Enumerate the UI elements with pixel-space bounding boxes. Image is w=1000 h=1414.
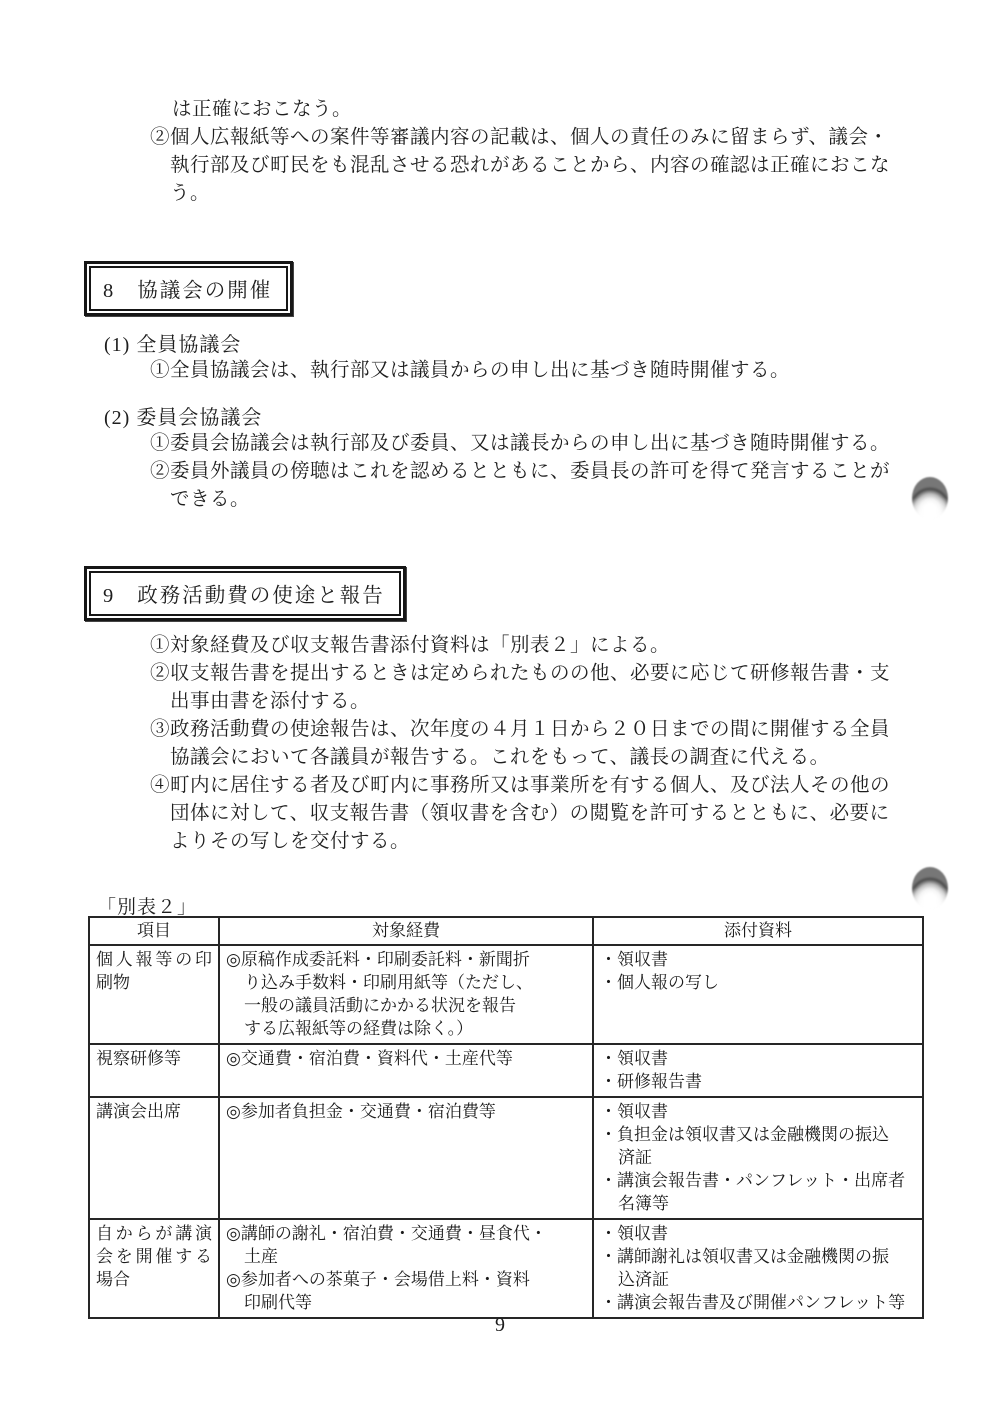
row4-item: 自からが講演会を開催する場合 <box>89 1219 219 1318</box>
row1-item: 個人報等の印刷物 <box>89 945 219 1044</box>
row2-attachments: ・領収書 ・研修報告書 <box>593 1044 923 1097</box>
section-9-item4: ④町内に居住する者及び町内に事務所又は事業所を有する個人、及び法人その他の 団体… <box>150 772 970 856</box>
row4-attachments: ・領収書 ・講師謝礼は領収書又は金融機関の振 込済証 ・講演会報告書及び開催パン… <box>593 1219 923 1318</box>
attachment-entry: ・領収書 <box>600 1222 916 1245</box>
attachment-entry: ・個人報の写し <box>600 971 916 994</box>
section-9-heading-box: 9政務活動費の使途と報告 <box>84 566 406 621</box>
subsection-2-heading: (2) 委員会協議会 <box>104 401 262 430</box>
section-9-item1: ①対象経費及び収支報告書添付資料は「別表２」による。 <box>150 632 970 660</box>
intro-paragraph-item2: ②個人広報紙等への案件等審議内容の記載は、個人の責任のみに留まらず、議会・ 執行… <box>150 124 970 208</box>
document-page: は正確におこなう。 ②個人広報紙等への案件等審議内容の記載は、個人の責任のみに留… <box>0 0 1000 1414</box>
section-9-item3: ③政務活動費の使途報告は、次年度の４月１日から２０日までの間に開催する全員 協議… <box>150 716 970 772</box>
row3-attachments: ・領収書 ・負担金は領収書又は金融機関の振込 済証 ・講演会報告書・パンフレット… <box>593 1097 923 1219</box>
table-row: 個人報等の印刷物 ◎原稿作成委託料・印刷委託料・新聞折 り込み手数料・印刷用紙等… <box>89 945 923 1044</box>
attachment-entry: ・講師謝礼は領収書又は金融機関の振 込済証 <box>600 1245 916 1291</box>
carryover-line: は正確におこなう。 <box>172 96 352 124</box>
expense-entry: ◎参加者負担金・交通費・宿泊費等 <box>226 1100 586 1123</box>
attachment-entry: ・領収書 <box>600 1047 916 1070</box>
row2-expenses: ◎交通費・宿泊費・資料代・土産代等 <box>219 1044 593 1097</box>
row3-item: 講演会出席 <box>89 1097 219 1219</box>
subsection-1-item1: ①全員協議会は、執行部又は議員からの申し出に基づき随時開催する。 <box>150 357 970 385</box>
section-8-title: 協議会の開催 <box>137 280 272 302</box>
table-header-expenses: 対象経費 <box>219 917 593 945</box>
attachment-entry: ・領収書 <box>600 1100 916 1123</box>
row1-attachments: ・領収書 ・個人報の写し <box>593 945 923 1044</box>
section-9-title: 政務活動費の使途と報告 <box>137 585 385 607</box>
page-number: 9 <box>0 1314 1000 1337</box>
attachment-entry: ・負担金は領収書又は金融機関の振込 済証 <box>600 1123 916 1169</box>
row3-expenses: ◎参加者負担金・交通費・宿泊費等 <box>219 1097 593 1219</box>
section-9-item2: ②収支報告書を提出するときは定められたものの他、必要に応じて研修報告書・支 出事… <box>150 660 970 716</box>
table-header-row: 項目 対象経費 添付資料 <box>89 917 923 945</box>
row1-expenses: ◎原稿作成委託料・印刷委託料・新聞折 り込み手数料・印刷用紙等（ただし、 一般の… <box>219 945 593 1044</box>
appendix-table-beppyo2: 項目 対象経費 添付資料 個人報等の印刷物 ◎原稿作成委託料・印刷委託料・新聞折… <box>88 916 924 1319</box>
table-header-item: 項目 <box>89 917 219 945</box>
subsection-2-item2: ②委員外議員の傍聴はこれを認めるとともに、委員長の許可を得て発言することが でき… <box>150 458 970 514</box>
section-9-number: 9 <box>103 585 113 607</box>
attachment-entry: ・講演会報告書・パンフレット・出席者 名簿等 <box>600 1169 916 1215</box>
section-8-heading: 8協議会の開催 <box>89 266 288 311</box>
expense-entry: ◎原稿作成委託料・印刷委託料・新聞折 り込み手数料・印刷用紙等（ただし、 一般の… <box>226 948 586 1040</box>
expense-entry: ◎講師の謝礼・宿泊費・交通費・昼食代・ 土産 <box>226 1222 586 1268</box>
subsection-1-heading: (1) 全員協議会 <box>104 328 241 357</box>
table-row: 自からが講演会を開催する場合 ◎講師の謝礼・宿泊費・交通費・昼食代・ 土産 ◎参… <box>89 1219 923 1318</box>
table-row: 講演会出席 ◎参加者負担金・交通費・宿泊費等 ・領収書 ・負担金は領収書又は金融… <box>89 1097 923 1219</box>
subsection-2-item1: ①委員会協議会は執行部及び委員、又は議長からの申し出に基づき随時開催する。 <box>150 430 970 458</box>
row2-item: 視察研修等 <box>89 1044 219 1097</box>
attachment-entry: ・領収書 <box>600 948 916 971</box>
section-9-heading: 9政務活動費の使途と報告 <box>89 571 401 616</box>
binder-hole-artifact <box>912 867 948 909</box>
expense-entry: ◎交通費・宿泊費・資料代・土産代等 <box>226 1047 586 1070</box>
section-8-heading-box: 8協議会の開催 <box>84 261 293 316</box>
expense-entry: ◎参加者への茶菓子・会場借上料・資料 印刷代等 <box>226 1268 586 1314</box>
binder-hole-artifact <box>912 477 948 519</box>
table-row: 視察研修等 ◎交通費・宿泊費・資料代・土産代等 ・領収書 ・研修報告書 <box>89 1044 923 1097</box>
row4-expenses: ◎講師の謝礼・宿泊費・交通費・昼食代・ 土産 ◎参加者への茶菓子・会場借上料・資… <box>219 1219 593 1318</box>
attachment-entry: ・講演会報告書及び開催パンフレット等 <box>600 1291 916 1314</box>
table-header-attachments: 添付資料 <box>593 917 923 945</box>
section-8-number: 8 <box>103 280 113 302</box>
appendix-table-label: 「別表２」 <box>97 892 197 919</box>
attachment-entry: ・研修報告書 <box>600 1070 916 1093</box>
